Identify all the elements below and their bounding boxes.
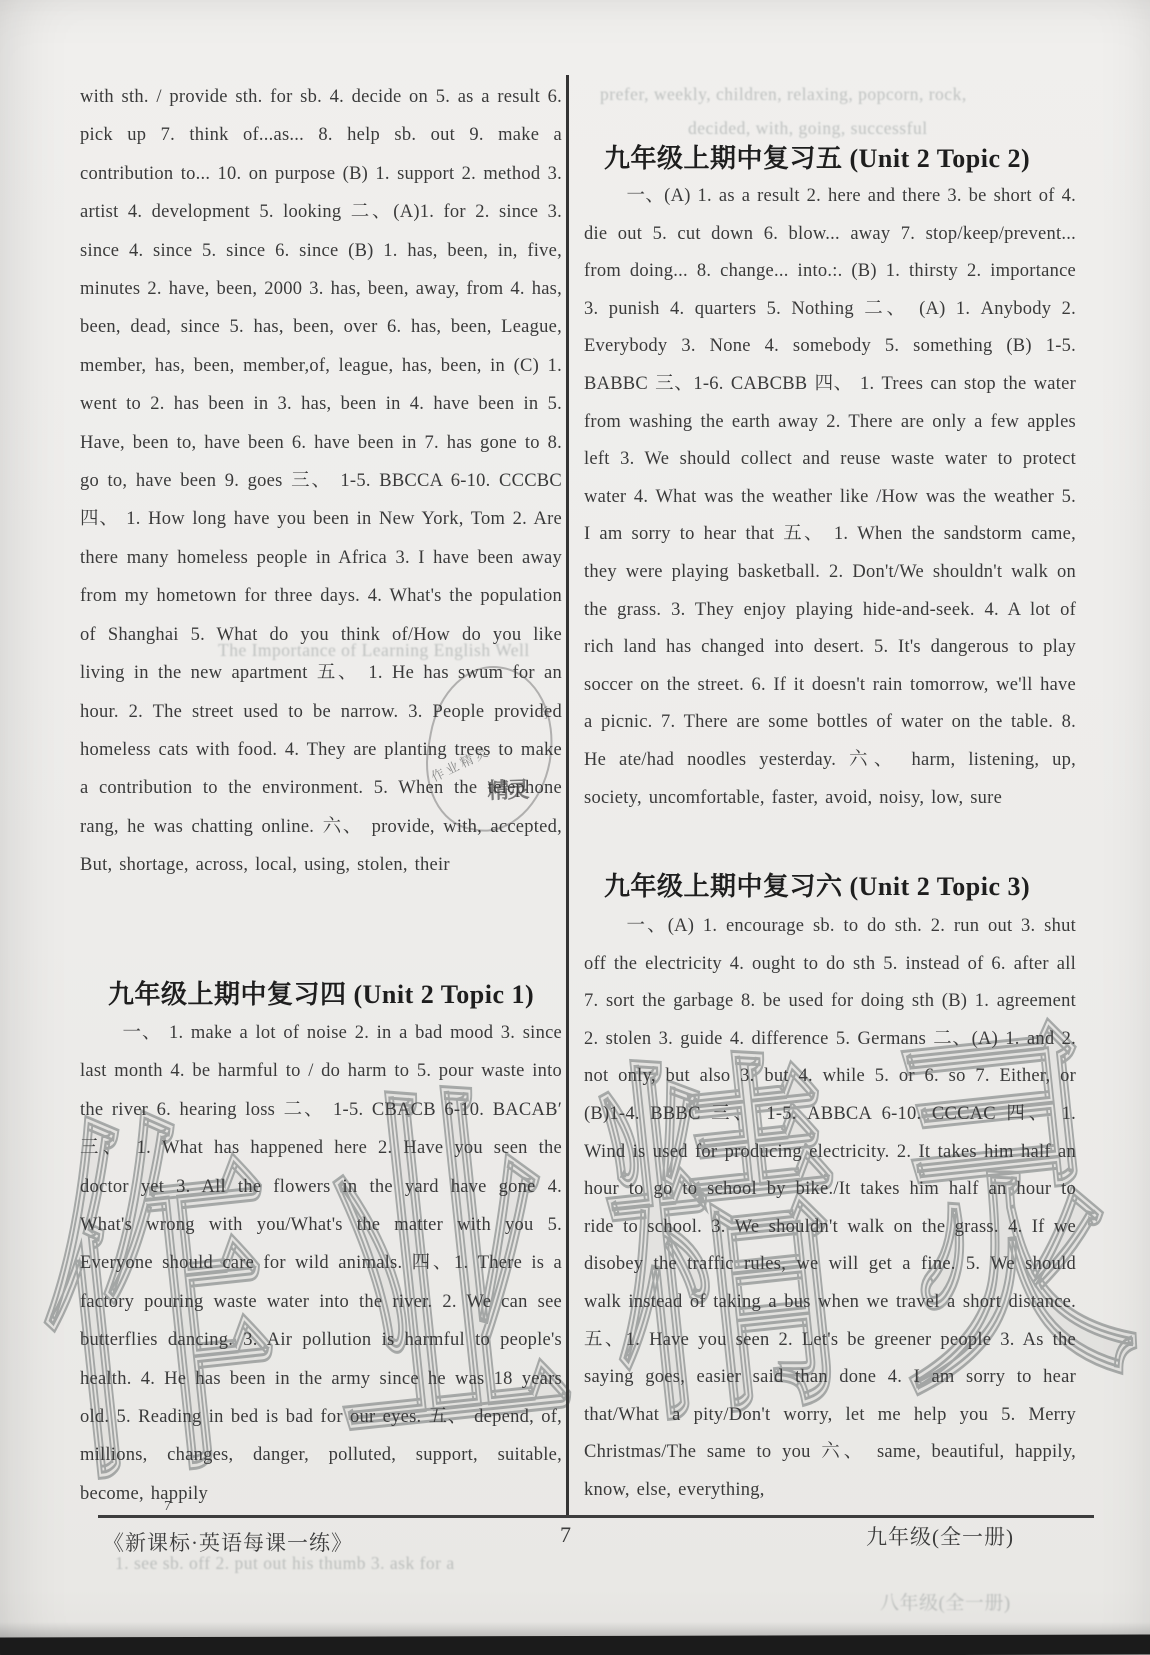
section-title-review6: 九年级上期中复习六 (Unit 2 Topic 3) [604, 866, 1030, 903]
bleed-through-text: 八年级(全一册) [880, 1588, 1011, 1615]
page-number: 7 [560, 1522, 572, 1548]
section-title-review4: 九年级上期中复习四 (Unit 2 Topic 1) [108, 974, 534, 1011]
right-column-section6-paragraph: 一、(A) 1. encourage sb. to do sth. 2. run… [584, 908, 1076, 1510]
column-divider-line [566, 75, 569, 1516]
left-column-section4-paragraph: 一、 1. make a lot of noise 2. in a bad mo… [80, 1014, 562, 1513]
footer-grade-label: 九年级(全一册) [866, 1521, 1014, 1551]
footer-rule [98, 1515, 1094, 1518]
bleed-through-text: decided, with, going, successful [688, 118, 928, 139]
section-title-review5: 九年级上期中复习五 (Unit 2 Topic 2) [604, 138, 1030, 175]
right-column-section5-paragraph: 一、(A) 1. as a result 2. here and there 3… [584, 178, 1076, 817]
scanned-answer-page: prefer, weekly, children, relaxing, popc… [0, 0, 1150, 1655]
photo-background-edge [0, 1634, 1150, 1655]
footer-book-title: 《新课标·英语每课一练》 [103, 1527, 353, 1557]
stray-mark: 7 [164, 1499, 171, 1515]
bleed-through-text: prefer, weekly, children, relaxing, popc… [600, 84, 967, 105]
left-column-intro-paragraph: with sth. / provide sth. for sb. 4. deci… [80, 78, 562, 885]
